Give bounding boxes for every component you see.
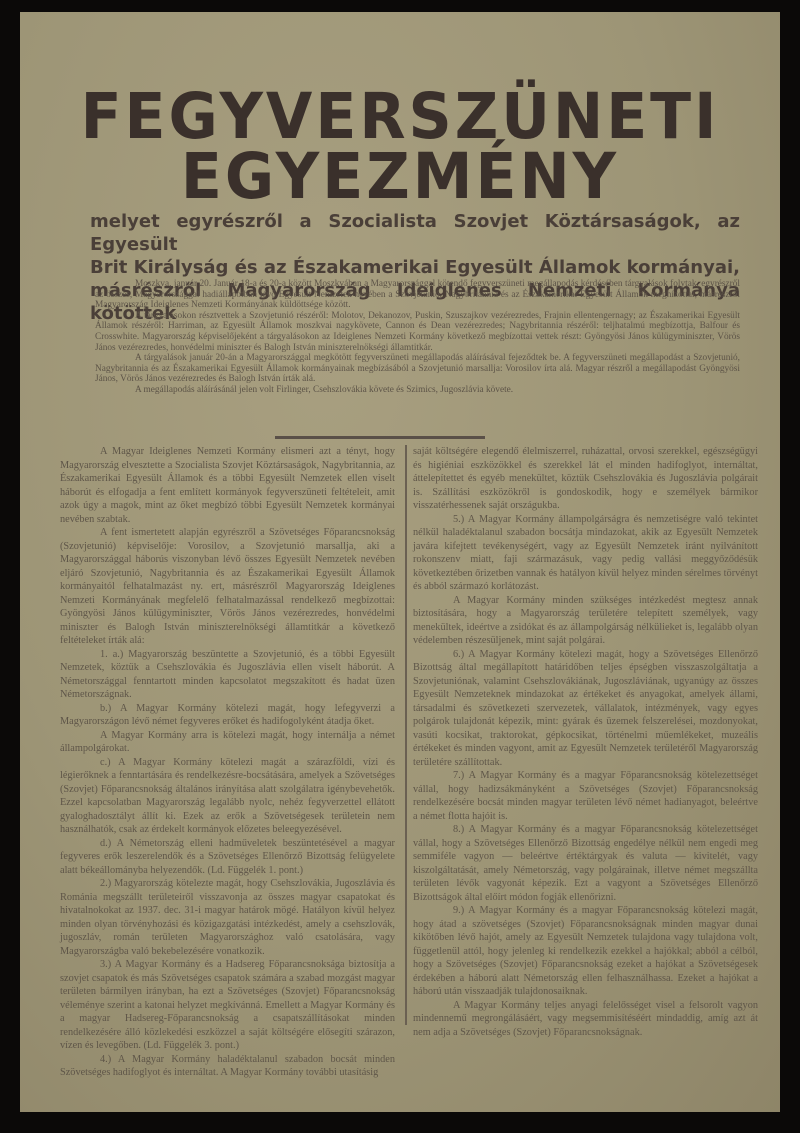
left-column: A Magyar Ideiglenes Nemzeti Kormány elis… — [60, 445, 395, 1080]
article-paragraph: A Magyar Kormány teljes anyagi felelőssé… — [413, 999, 758, 1040]
article-paragraph: saját költségére elegendő élelmiszerrel,… — [413, 445, 758, 513]
article-paragraph: 1. a.) Magyarország beszüntette a Szovje… — [60, 648, 395, 702]
intro-paragraph: A tárgyalások január 20-án a Magyarorszá… — [95, 353, 740, 385]
article-paragraph: 9.) A Magyar Kormány és a magyar Főparan… — [413, 904, 758, 999]
subtitle-line: melyet egyrészről a Szocialista Szovjet … — [90, 210, 740, 256]
article-paragraph: A Magyar Kormány minden szükséges intézk… — [413, 594, 758, 648]
article-paragraph: 2.) Magyarország kötelezte magát, hogy C… — [60, 877, 395, 958]
article-paragraph: b.) A Magyar Kormány kötelezi magát, hog… — [60, 702, 395, 729]
article-paragraph: c.) A Magyar Kormány kötelezi magát a sz… — [60, 756, 395, 837]
article-paragraph: 7.) A Magyar Kormány és a magyar Főparan… — [413, 769, 758, 823]
article-paragraph: 3.) A Magyar Kormány és a Hadsereg Főpar… — [60, 958, 395, 1053]
divider-rule — [275, 436, 485, 439]
right-column: saját költségére elegendő élelmiszerrel,… — [405, 445, 758, 1025]
subtitle-line: Brit Királyság és az Északamerikai Egyes… — [90, 256, 740, 279]
article-paragraph: A Magyar Kormány arra is kötelezi magát,… — [60, 729, 395, 756]
article-paragraph: A Magyar Ideiglenes Nemzeti Kormány elis… — [60, 445, 395, 526]
intro-paragraph: A megállapodás aláírásánál jelen volt Fi… — [95, 385, 740, 396]
article-paragraph: d.) A Németország elleni hadműveletek be… — [60, 837, 395, 878]
article-paragraph: 4.) A Magyar Kormány haladéktalanul szab… — [60, 1053, 395, 1080]
article-paragraph: 8.) A Magyar Kormány és a magyar Főparan… — [413, 823, 758, 904]
article-paragraph: 5.) A Magyar Kormány állampolgárságra és… — [413, 513, 758, 594]
intro-paragraph: Moszkva, január 20. Január 18-a és 20-a … — [95, 279, 740, 311]
intro-paragraphs: Moszkva, január 20. Január 18-a és 20-a … — [95, 279, 740, 396]
title-line-2: EGYEZMÉNY — [20, 140, 780, 214]
article-paragraph: A fent ismertetett alapján egyrészről a … — [60, 526, 395, 648]
article-paragraph: 6.) A Magyar Kormány kötelezi magát, hog… — [413, 648, 758, 770]
intro-paragraph: A tárgyalásokon résztvettek a Szovjetuni… — [95, 311, 740, 353]
